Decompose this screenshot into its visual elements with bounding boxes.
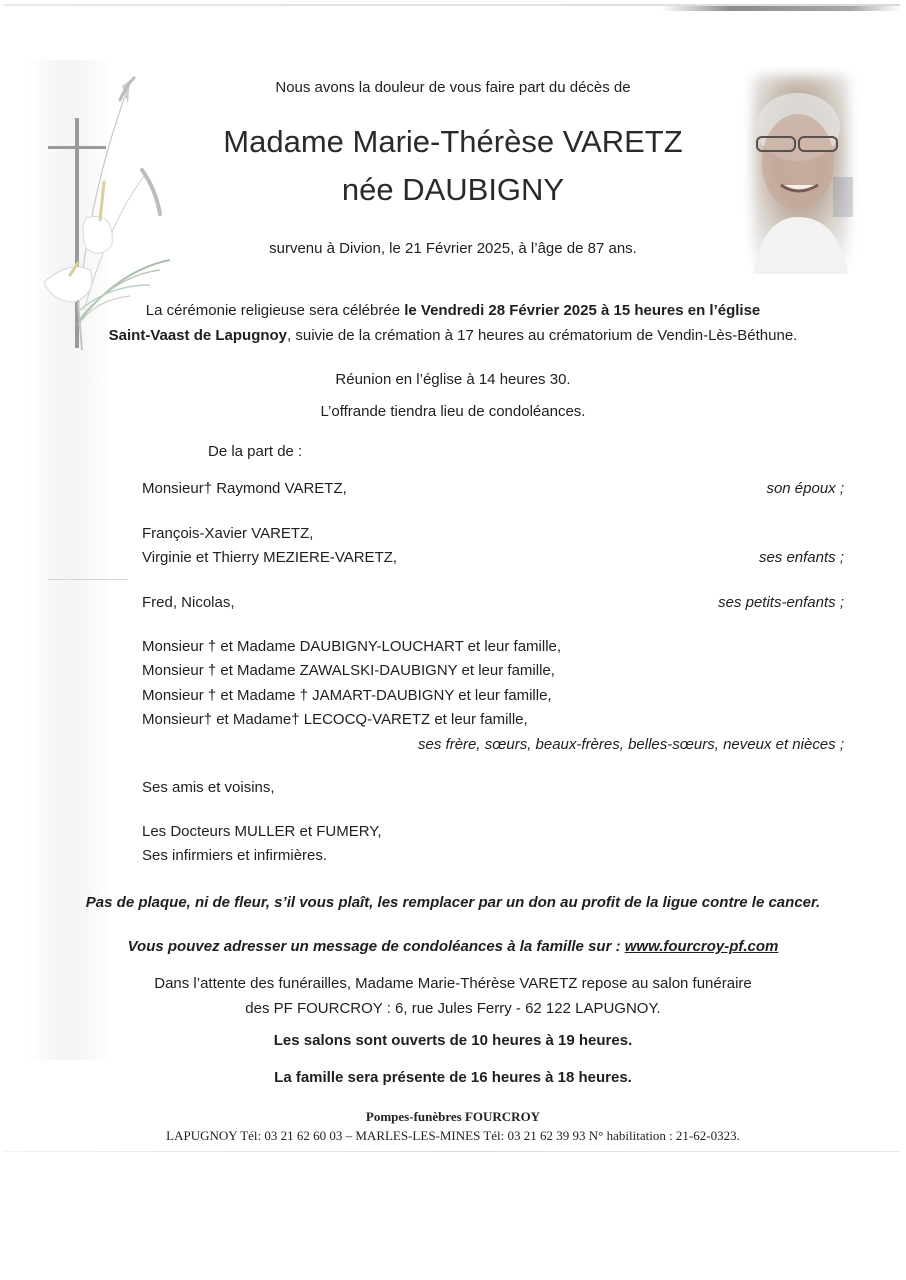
family-line: François-Xavier VARETZ,: [142, 525, 313, 543]
family-line: Monsieur† et Madame† LECOCQ-VARETZ et le…: [142, 711, 528, 729]
family-line: Monsieur † et Madame DAUBIGNY-LOUCHART e…: [142, 638, 561, 656]
maiden-name: née DAUBIGNY: [0, 172, 906, 208]
family-line: Les Docteurs MULLER et FUMERY,: [142, 823, 382, 841]
visitation-address: des PF FOURCROY : 6, rue Jules Ferry - 6…: [0, 1000, 906, 1018]
family-line: Virginie et Thierry MEZIERE-VARETZ,: [142, 549, 397, 567]
ceremony-intro: La cérémonie religieuse sera célébrée: [146, 302, 404, 319]
ceremony-date: le Vendredi 28 Février 2025 à 15 heures …: [404, 302, 760, 319]
funeral-home-name: Pompes-funèbres FOURCROY: [0, 1109, 906, 1125]
family-line: Ses infirmiers et infirmières.: [142, 847, 327, 865]
intro-text: Nous avons la douleur de vous faire part…: [0, 79, 906, 97]
funeral-home-contacts: LAPUGNOY Tél: 03 21 62 60 03 – MARLES-LE…: [0, 1128, 906, 1144]
family-line: Ses amis et voisins,: [142, 779, 275, 797]
relation-label: son époux ;: [766, 480, 844, 498]
condolences-line: Vous pouvez adresser un message de condo…: [0, 938, 906, 956]
relation-label: ses enfants ;: [759, 549, 844, 567]
reunion-text: Réunion en l’église à 14 heures 30.: [0, 371, 906, 389]
family-heading: De la part de :: [208, 443, 302, 461]
condolences-website-link[interactable]: www.fourcroy-pf.com: [625, 938, 779, 955]
relation-label: ses frère, sœurs, beaux-frères, belles-s…: [418, 736, 844, 754]
family-line: Monsieur † et Madame † JAMART-DAUBIGNY e…: [142, 687, 552, 705]
salon-hours: Les salons sont ouverts de 10 heures à 1…: [0, 1032, 906, 1050]
scan-edge-shadow: [660, 6, 900, 11]
side-divider-line: [48, 579, 128, 580]
bottom-border-line: [4, 1151, 900, 1152]
death-details: survenu à Divion, le 21 Février 2025, à …: [0, 240, 906, 258]
family-line: Monsieur† Raymond VARETZ,: [142, 480, 347, 498]
ceremony-line-2: Saint-Vaast de Lapugnoy, suivie de la cr…: [0, 327, 906, 345]
offering-text: L’offrande tiendra lieu de condoléances.: [0, 403, 906, 421]
deceased-name: Madame Marie-Thérèse VARETZ: [0, 124, 906, 160]
condolences-prefix: Vous pouvez adresser un message de condo…: [128, 938, 625, 955]
church-name: Saint-Vaast de Lapugnoy: [109, 327, 287, 344]
relation-label: ses petits-enfants ;: [718, 594, 844, 612]
visitation-line-1: Dans l’attente des funérailles, Madame M…: [0, 975, 906, 993]
cremation-details: , suivie de la crémation à 17 heures au …: [287, 327, 797, 344]
ceremony-line-1: La cérémonie religieuse sera célébrée le…: [0, 302, 906, 320]
family-line: Monsieur † et Madame ZAWALSKI-DAUBIGNY e…: [142, 662, 555, 680]
family-presence-hours: La famille sera présente de 16 heures à …: [0, 1069, 906, 1087]
family-line: Fred, Nicolas,: [142, 594, 235, 612]
no-flowers-request: Pas de plaque, ni de fleur, s’il vous pl…: [0, 894, 906, 912]
